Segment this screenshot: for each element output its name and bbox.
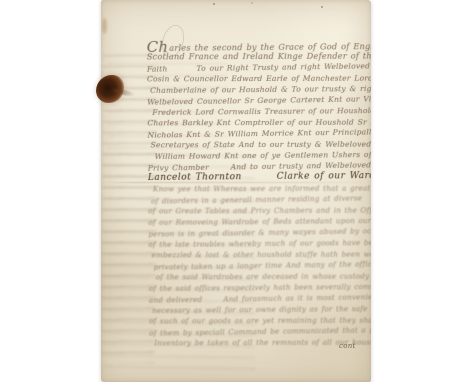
paper-speck [321, 6, 323, 8]
manuscript-text: Charles the second by the Grace of God o… [147, 39, 371, 349]
paper-speck [251, 2, 253, 4]
catchword: cont [339, 342, 356, 350]
paper-speck [213, 3, 215, 5]
photo-background: Charles the second by the Grace of God o… [0, 0, 468, 382]
paper-stain [102, 18, 107, 34]
manuscript-page: Charles the second by the Grace of God o… [101, 0, 371, 382]
